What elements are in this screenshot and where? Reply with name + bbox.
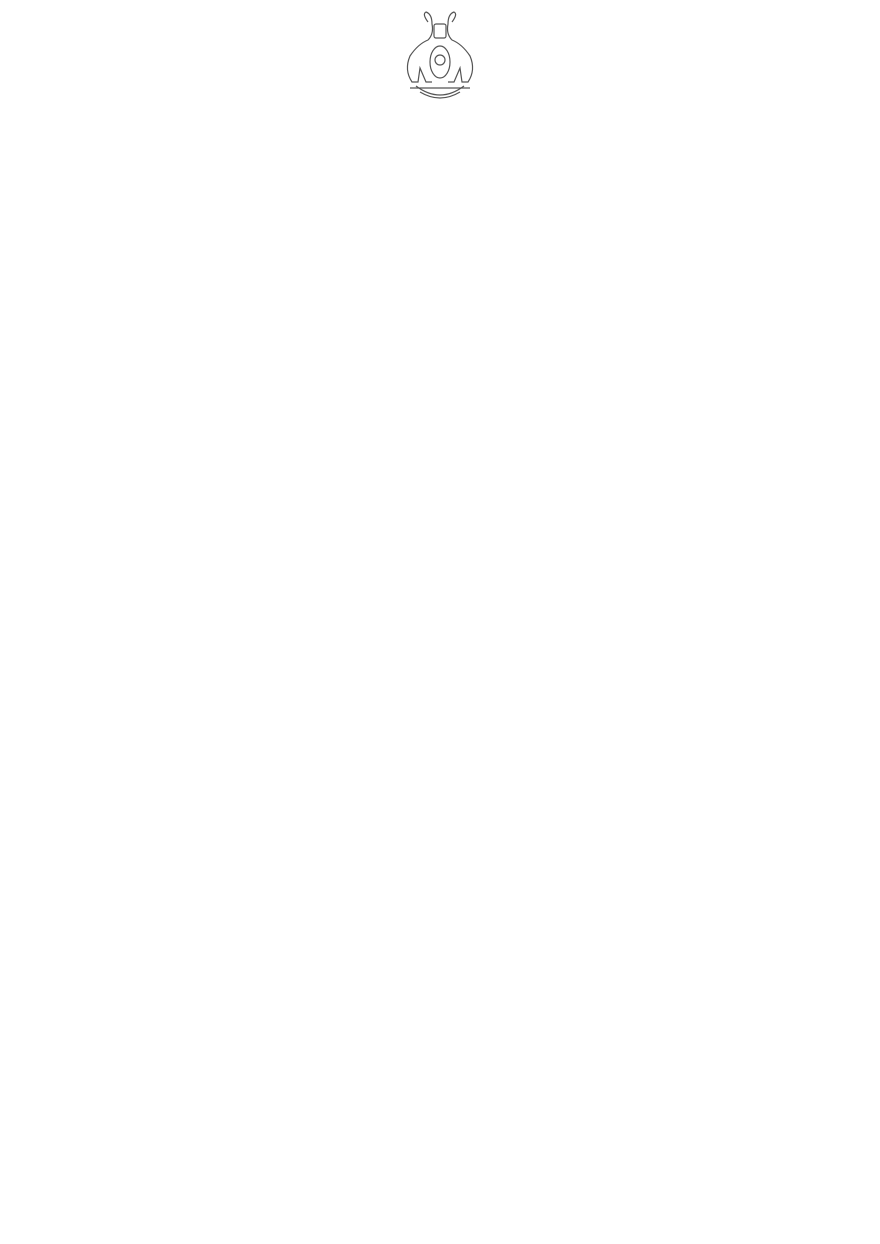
kerala-emblem-icon	[398, 10, 482, 106]
